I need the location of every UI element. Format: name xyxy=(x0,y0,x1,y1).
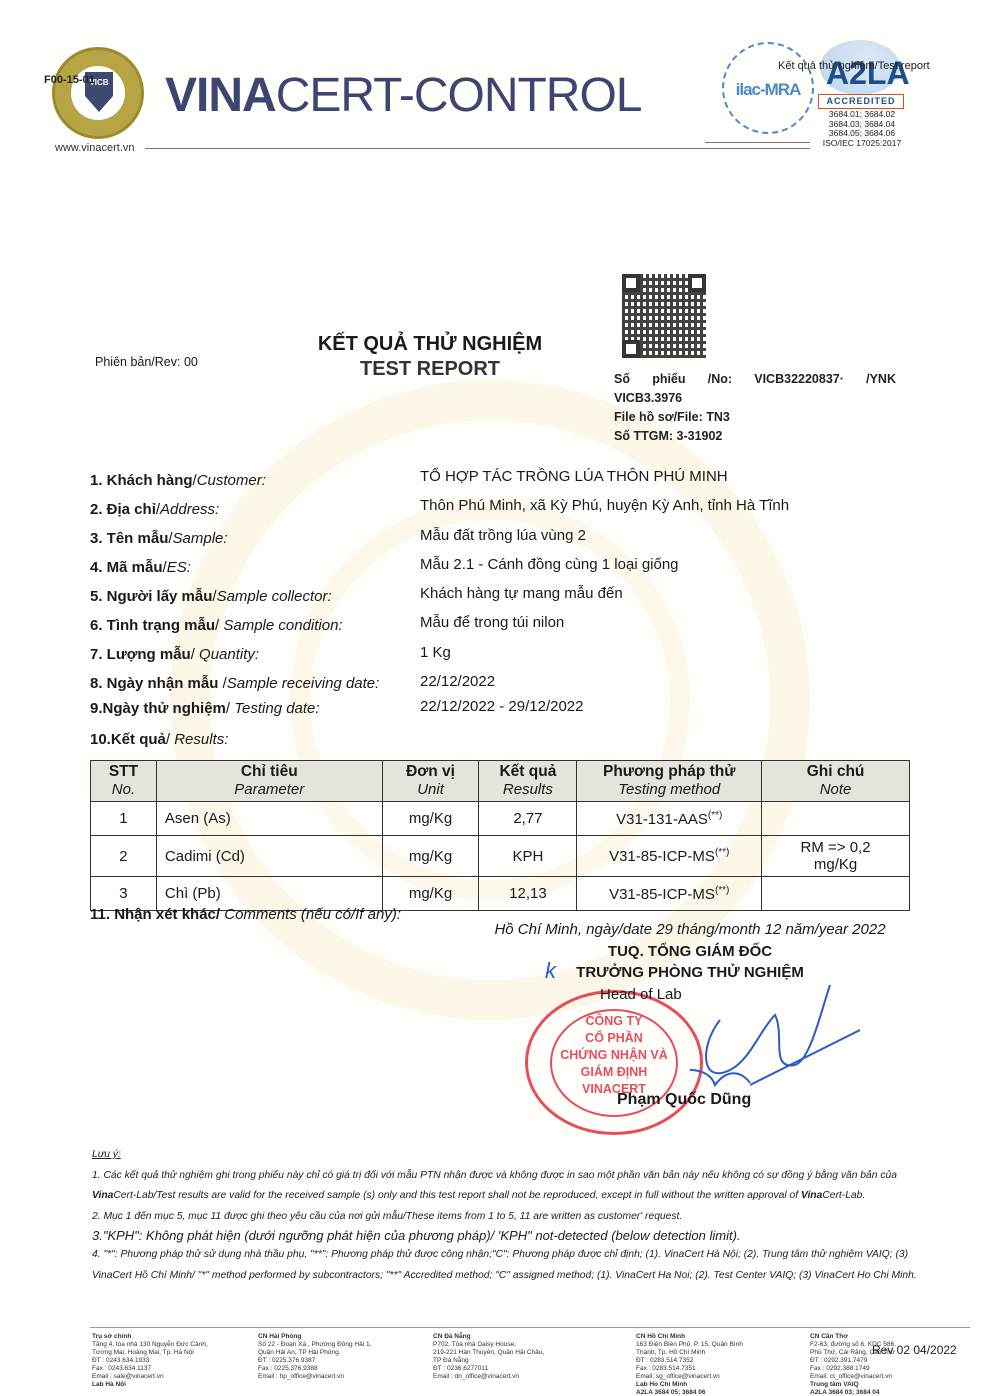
initial-mark: k xyxy=(545,958,556,984)
cell-note xyxy=(762,802,910,836)
report-references: Số phiếu /No: VICB32220837· /YNK VICB3.3… xyxy=(614,370,896,446)
cell-no: 1 xyxy=(91,802,157,836)
note-2: 2. Mục 1 đến mục 5, mục 11 được ghi theo… xyxy=(92,1207,922,1228)
header-divider-right xyxy=(705,142,810,143)
report-label: Kết quả thử nghiệm/Test report xyxy=(778,60,930,72)
info-value: Thôn Phú Minh, xã Kỳ Phú, huyện Kỳ Anh, … xyxy=(420,497,789,514)
info-label: 4. Mã mẫu xyxy=(90,559,163,576)
file-label: File hồ sơ/File: xyxy=(614,410,703,424)
comments-title: 11. Nhận xét khác/ xyxy=(90,906,220,923)
cell-note: RM => 0,2 mg/Kg xyxy=(762,836,910,877)
table-row: 1 Asen (As) mg/Kg 2,77 V31-131-AAS(**) xyxy=(91,802,910,836)
info-row-results: 10.Kết quả/ Results: xyxy=(90,731,420,748)
info-label-en: Sample collector: xyxy=(217,588,332,605)
cell-unit: mg/Kg xyxy=(382,836,479,877)
info-label: 3. Tên mẫu xyxy=(90,530,168,547)
signatory-title: TUQ. TỔNG GIÁM ĐỐC xyxy=(480,943,900,960)
header-divider xyxy=(145,148,810,149)
info-label-en: Address: xyxy=(160,501,219,518)
info-row-collector: 5. Người lấy mẫu/Sample collector:Khách … xyxy=(90,588,420,605)
footer-divider xyxy=(90,1327,970,1328)
signatory-name: Phạm Quốc Dũng xyxy=(617,1091,751,1109)
page-title: KẾT QUẢ THỬ NGHIỆM xyxy=(270,333,590,356)
info-label: 2. Địa chỉ xyxy=(90,501,156,518)
ref-label: /No: xyxy=(708,370,732,389)
footer-office-hq: Trụ sở chính Tầng 4, tòa nhà 130 Nguyễn … xyxy=(92,1333,208,1389)
note-1: 1. Các kết quả thử nghiệm ghi trong phiế… xyxy=(92,1166,922,1207)
results-table: STTNo. Chỉ tiêuParameter Đơn vịUnit Kết … xyxy=(90,760,910,911)
cell-result: 2,77 xyxy=(479,802,577,836)
info-label-en: Results: xyxy=(170,731,228,748)
info-value: Mẫu đất trồng lúa vùng 2 xyxy=(420,527,586,544)
report-number-row: Số phiếu /No: VICB32220837· /YNK xyxy=(614,370,896,389)
qr-code-icon xyxy=(622,274,706,358)
info-row-condition: 6. Tình trạng mẫu/ Sample condition:Mẫu … xyxy=(90,617,420,634)
column-header-results: Kết quảResults xyxy=(479,761,577,802)
cell-method: V31-85-ICP-MS(**) xyxy=(577,877,762,911)
info-value: Mẫu để trong túi nilon xyxy=(420,614,564,631)
column-header-parameter: Chỉ tiêuParameter xyxy=(156,761,382,802)
ref-label: phiếu xyxy=(652,370,685,389)
cell-result: 12,13 xyxy=(479,877,577,911)
file-row: File hồ sơ/File: TN3 xyxy=(614,408,896,427)
info-label-en: Customer: xyxy=(197,472,266,489)
info-label: 9.Ngày thử nghiệm xyxy=(90,700,226,717)
brand-rest: CERT-CONTROL xyxy=(276,69,642,122)
info-value: Khách hàng tự mang mẫu đến xyxy=(420,585,623,602)
notes-title: Lưu ý: xyxy=(92,1145,922,1166)
ref-label: Số xyxy=(614,370,630,389)
page-title-en: TEST REPORT xyxy=(270,358,590,381)
file-value: TN3 xyxy=(706,410,730,424)
signature-date: Hồ Chí Minh, ngày/date 29 tháng/month 12… xyxy=(480,921,900,938)
info-label: 7. Lượng mẫu xyxy=(90,646,191,663)
cell-parameter: Asen (As) xyxy=(156,802,382,836)
accredited-badge: ACCREDITED xyxy=(818,94,904,109)
footer-office-haiphong: CN Hải Phòng Số 22 - Đoạn Xá , Phường Đô… xyxy=(258,1333,371,1381)
vinacert-seal-logo: VICB xyxy=(52,47,144,139)
stamp-text: CÔNG TY CỔ PHẦN CHỨNG NHẬN VÀ GIÁM ĐỊNH … xyxy=(550,1013,678,1098)
comments-label: 11. Nhận xét khác/ Comments (nếu có/If a… xyxy=(90,906,401,923)
acc-line: ISO/IEC 17025:2017 xyxy=(812,139,912,149)
brand-name: VINACERT-CONTROL xyxy=(165,72,642,120)
info-label-en: Sample condition: xyxy=(219,617,342,634)
footer-revision: Rev 02 04/2022 xyxy=(872,1343,957,1357)
info-row-quantity: 7. Lượng mẫu/ Quantity:1 Kg xyxy=(90,646,420,663)
info-row-sample: 3. Tên mẫu/Sample:Mẫu đất trồng lúa vùng… xyxy=(90,530,420,547)
website-link[interactable]: www.vinacert.vn xyxy=(55,142,134,154)
info-label-en: Sample: xyxy=(173,530,228,547)
brand-bold: VINA xyxy=(165,69,276,122)
info-label-en: Quantity: xyxy=(195,646,259,663)
company-stamp: CÔNG TY CỔ PHẦN CHỨNG NHẬN VÀ GIÁM ĐỊNH … xyxy=(525,990,703,1135)
info-row-customer: 1. Khách hàng/Customer:TỔ HỢP TÁC TRỒNG … xyxy=(90,472,420,489)
info-row-testing-date: 9.Ngày thử nghiệm/ Testing date:22/12/20… xyxy=(90,700,420,717)
info-label: 6. Tình trạng mẫu xyxy=(90,617,215,634)
info-row-receiving-date: 8. Ngày nhận mẫu /Sample receiving date:… xyxy=(90,675,420,692)
accreditation-numbers: 3684.01; 3684.02 3684.03; 3684.04 3684.0… xyxy=(812,110,912,148)
info-label: 5. Người lấy mẫu xyxy=(90,588,212,605)
cell-parameter: Cadimi (Cd) xyxy=(156,836,382,877)
info-label: 1. Khách hàng xyxy=(90,472,193,489)
info-row-sample-code: 4. Mã mẫu/ES:Mẫu 2.1 - Cánh đồng cùng 1 … xyxy=(90,559,420,576)
column-header-unit: Đơn vịUnit xyxy=(382,761,479,802)
note-4: 4. "*": Phương pháp thử sử dụng nhà thầu… xyxy=(92,1245,922,1286)
cell-unit: mg/Kg xyxy=(382,802,479,836)
cell-note xyxy=(762,877,910,911)
table-header-row: STTNo. Chỉ tiêuParameter Đơn vịUnit Kết … xyxy=(91,761,910,802)
footer-office-danang: CN Đà Nẵng P702, Tòa nhà Daisy House,219… xyxy=(433,1333,544,1381)
info-value: Mẫu 2.1 - Cánh đồng cùng 1 loại giống xyxy=(420,556,679,573)
info-value: 1 Kg xyxy=(420,644,451,661)
info-value: 22/12/2022 - 29/12/2022 xyxy=(420,698,583,715)
ilac-mra-label: ilac-MRA xyxy=(722,80,814,100)
info-label: 10.Kết quả xyxy=(90,731,166,748)
report-number-suffix: /YNK xyxy=(866,370,896,389)
info-label-en: Testing date: xyxy=(230,700,320,717)
footer-office-hcm: CN Hồ Chí Minh 163 Điện Biên Phủ, P. 15,… xyxy=(636,1333,743,1396)
note-3: 3."KPH": Không phát hiện (dưới ngưỡng ph… xyxy=(92,1227,922,1245)
cell-result: KPH xyxy=(479,836,577,877)
info-label: 8. Ngày nhận mẫu xyxy=(90,675,223,692)
cell-method: V31-131-AAS(**) xyxy=(577,802,762,836)
column-header-no: STTNo. xyxy=(91,761,157,802)
signatory-position-en: Head of Lab xyxy=(600,986,682,1003)
form-code: F00-15-01 xyxy=(44,74,95,86)
info-row-address: 2. Địa chỉ/Address:Thôn Phú Minh, xã Kỳ … xyxy=(90,501,420,518)
revision-label: Phiên bản/Rev: 00 xyxy=(95,355,198,369)
info-value: TỔ HỢP TÁC TRỒNG LÚA THÔN PHÚ MINH xyxy=(420,468,728,485)
info-value: 22/12/2022 xyxy=(420,673,495,690)
cell-method: V31-85-ICP-MS(**) xyxy=(577,836,762,877)
comments-title-en: Comments (nếu có/If any): xyxy=(220,906,401,923)
column-header-method: Phương pháp thửTesting method xyxy=(577,761,762,802)
info-label-en: Sample receiving date: xyxy=(227,675,380,692)
ttgm-row: Số TTGM: 3-31902 xyxy=(614,427,896,446)
report-number-line2: VICB3.3976 xyxy=(614,389,896,408)
signature-scribble-icon xyxy=(690,975,860,1105)
report-number: VICB32220837· xyxy=(754,370,844,389)
ttgm-label: Số TTGM: xyxy=(614,429,673,443)
ttgm-value: 3-31902 xyxy=(677,429,723,443)
info-label-en: ES: xyxy=(167,559,191,576)
cell-no: 2 xyxy=(91,836,157,877)
notes-section: Lưu ý: 1. Các kết quả thử nghiệm ghi tro… xyxy=(92,1145,922,1286)
table-row: 2 Cadimi (Cd) mg/Kg KPH V31-85-ICP-MS(**… xyxy=(91,836,910,877)
column-header-note: Ghi chúNote xyxy=(762,761,910,802)
